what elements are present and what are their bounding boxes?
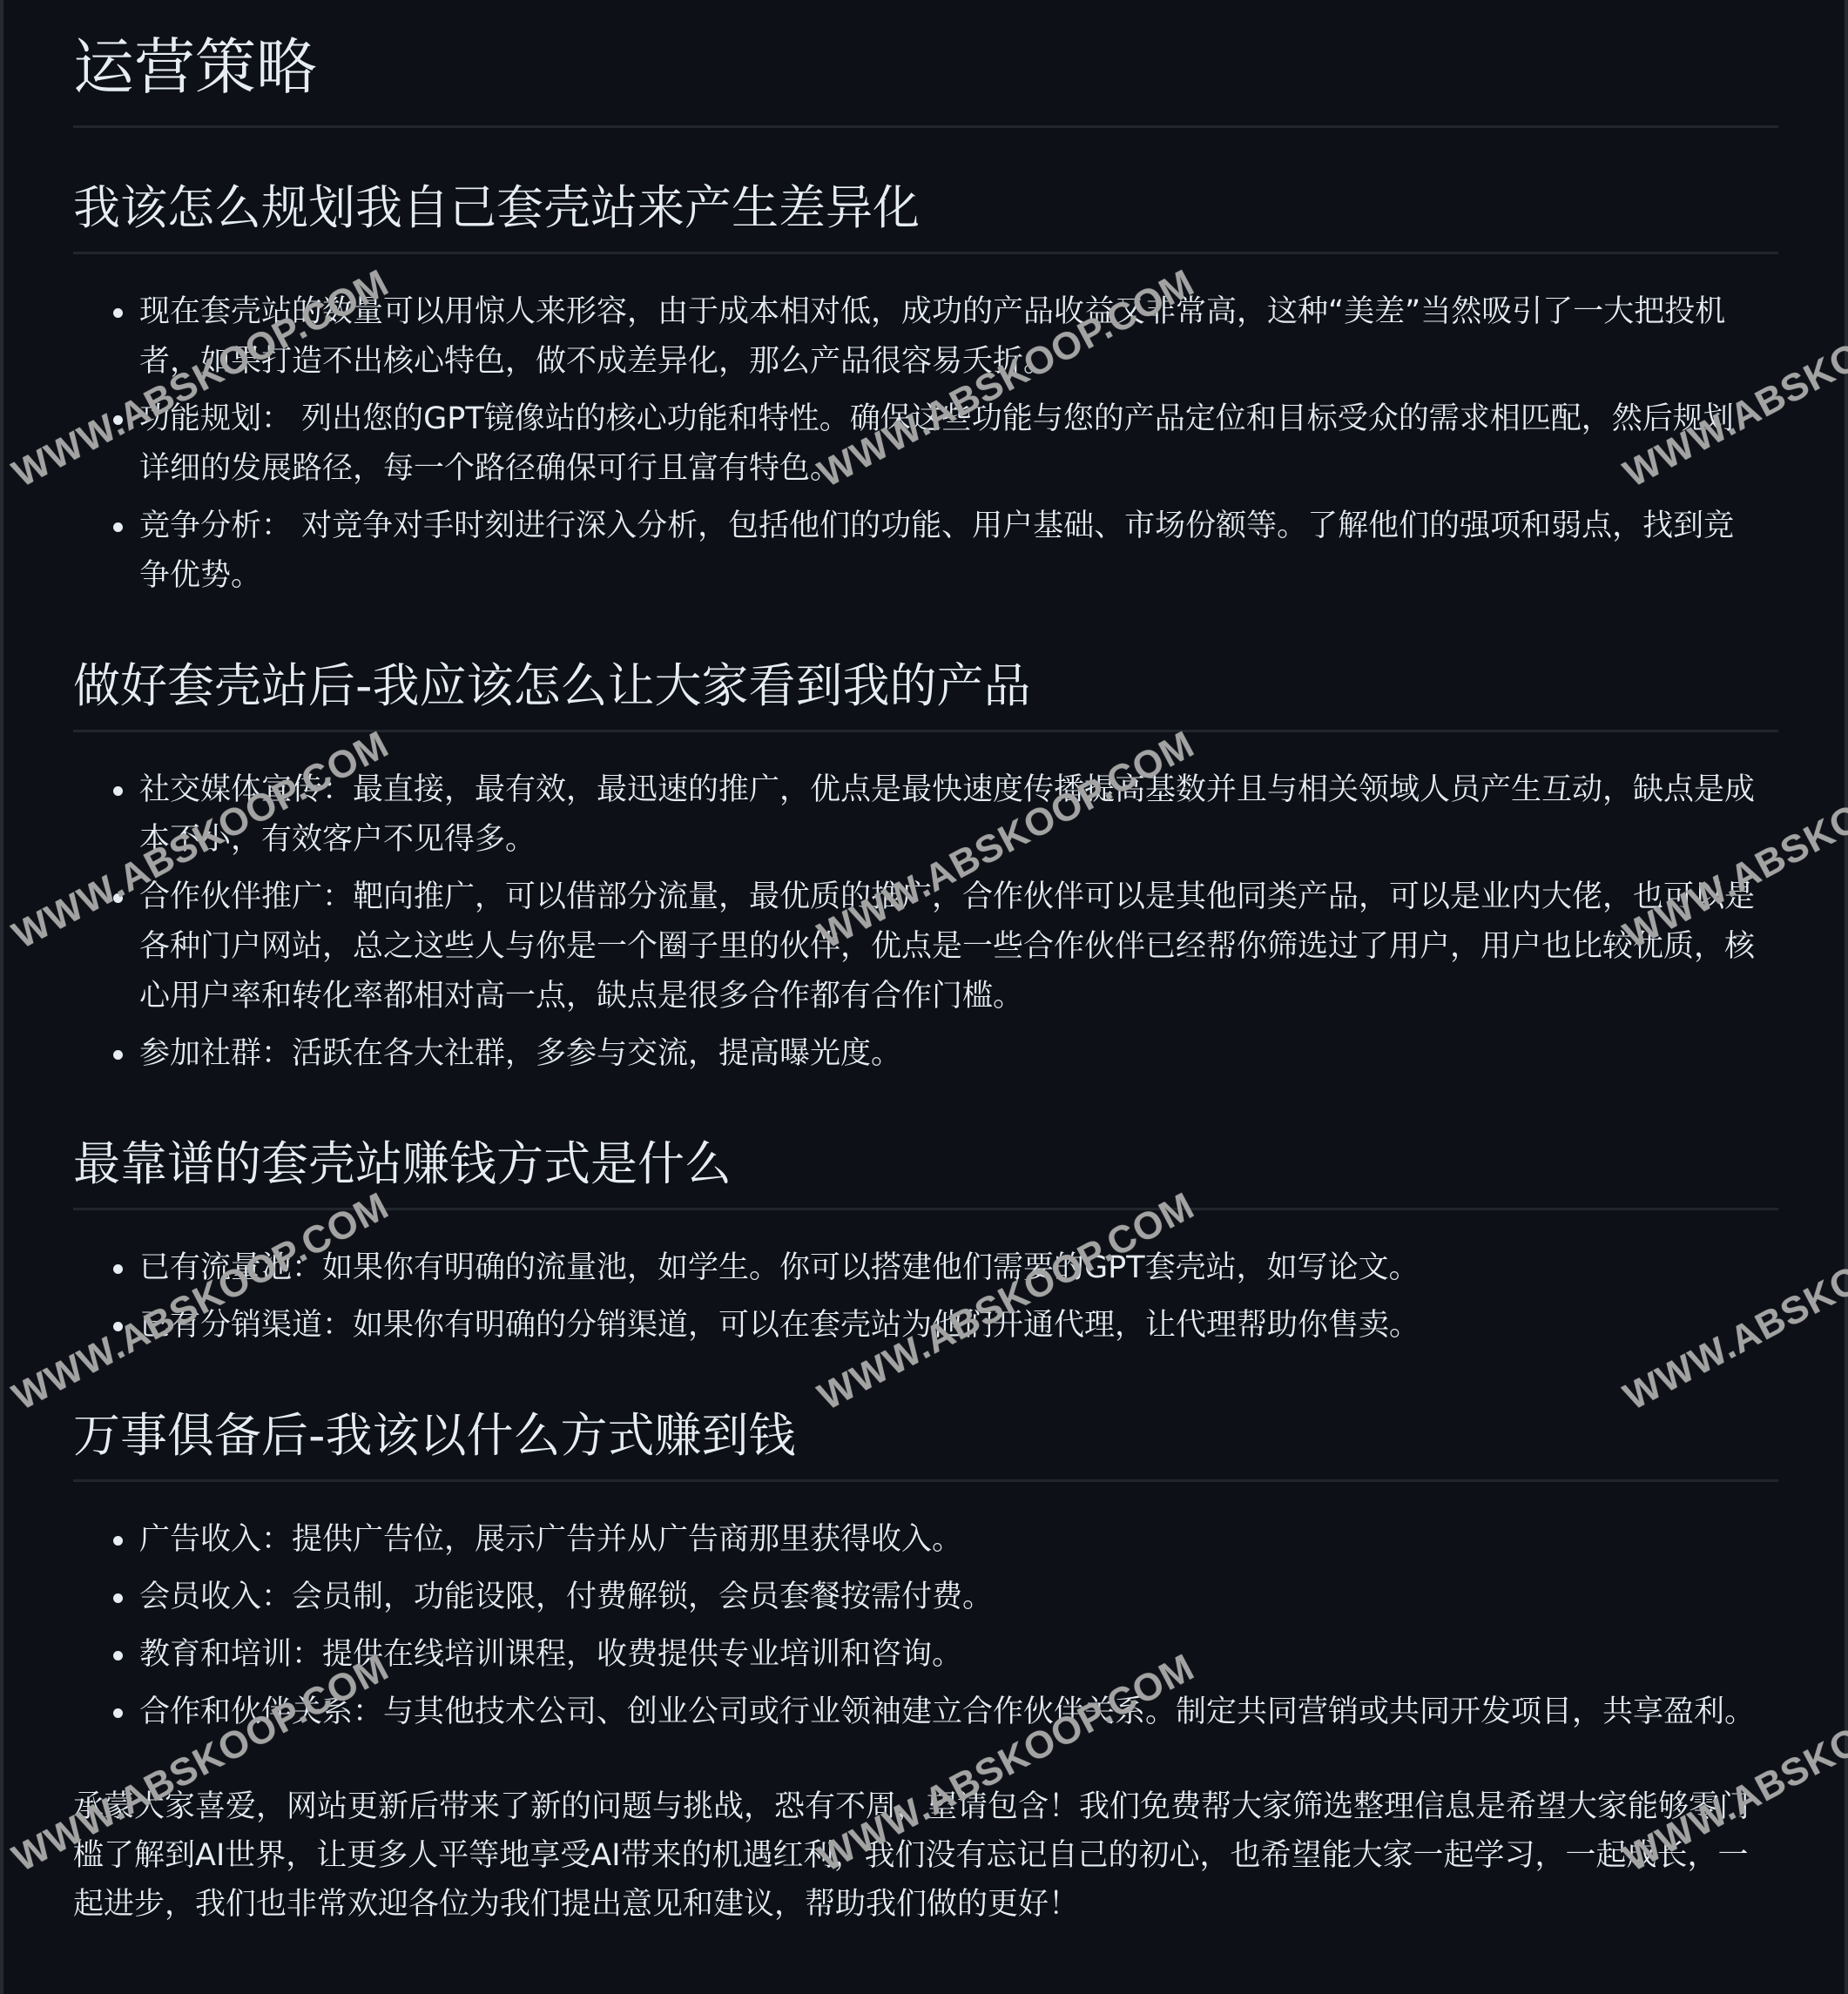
bullet-icon xyxy=(113,1708,123,1718)
list-item: 已有分销渠道：如果你有明确的分销渠道，可以在套壳站为他们开通代理，让代理帮助你售… xyxy=(139,1301,1778,1351)
page-left-border xyxy=(0,0,3,1994)
bullet-icon xyxy=(113,1050,123,1060)
bullet-icon xyxy=(113,1264,123,1274)
list-item: 广告收入：提供广告位，展示广告并从广告商那里获得收入。 xyxy=(139,1515,1778,1565)
list-item-text: 参加社群：活跃在各大社群，多参与交流，提高曝光度。 xyxy=(139,1036,901,1071)
section-differentiation: 我该怎么规划我自己套壳站来产生差异化 现在套壳站的数量可以用惊人来形容，由于成本… xyxy=(73,177,1778,601)
section-monetization-reliable: 最靠谱的套壳站赚钱方式是什么 已有流量池：如果你有明确的流量池，如学生。你可以搭… xyxy=(73,1133,1778,1351)
list-item: 参加社群：活跃在各大社群，多参与交流，提高曝光度。 xyxy=(139,1029,1778,1079)
closing-note: 承蒙大家喜爱，网站更新后带来了新的问题与挑战，恐有不周，望请包含！我们免费帮大家… xyxy=(73,1782,1778,1929)
article-content: 运营策略 我该怎么规划我自己套壳站来产生差异化 现在套壳站的数量可以用惊人来形容… xyxy=(73,0,1778,1929)
section-list: 现在套壳站的数量可以用惊人来形容，由于成本相对低，成功的产品收益又非常高，这种“… xyxy=(73,287,1778,601)
list-item-text: 合作伙伴推广：靶向推广，可以借部分流量，最优质的推广，合作伙伴可以是其他同类产品… xyxy=(139,879,1755,1014)
bullet-icon xyxy=(113,415,123,425)
section-heading: 万事俱备后-我该以什么方式赚到钱 xyxy=(73,1405,1778,1482)
section-list: 已有流量池：如果你有明确的流量池，如学生。你可以搭建他们需要的GPT套壳站，如写… xyxy=(73,1243,1778,1351)
bullet-icon xyxy=(113,1651,123,1661)
bullet-icon xyxy=(113,893,123,903)
list-item: 竞争分析： 对竞争对手时刻进行深入分析，包括他们的功能、用户基础、市场份额等。了… xyxy=(139,502,1778,601)
section-heading: 做好套壳站后-我应该怎么让大家看到我的产品 xyxy=(73,655,1778,732)
bullet-icon xyxy=(113,308,123,318)
list-item-text: 已有流量池：如果你有明确的流量池，如学生。你可以搭建他们需要的GPT套壳站，如写… xyxy=(139,1250,1420,1285)
bullet-icon xyxy=(113,522,123,532)
list-item-text: 会员收入：会员制，功能设限，付费解锁，会员套餐按需付费。 xyxy=(139,1580,993,1614)
list-item: 合作伙伴推广：靶向推广，可以借部分流量，最优质的推广，合作伙伴可以是其他同类产品… xyxy=(139,872,1778,1021)
list-item: 合作和伙伴关系：与其他技术公司、创业公司或行业领袖建立合作伙伴关系。制定共同营销… xyxy=(139,1687,1778,1737)
list-item: 社交媒体宣传：最直接，最有效，最迅速的推广，优点是最快速度传播提高基数并且与相关… xyxy=(139,765,1778,865)
page-title: 运营策略 xyxy=(73,0,1778,128)
list-item-text: 广告收入：提供广告位，展示广告并从广告商那里获得收入。 xyxy=(139,1522,962,1557)
bullet-icon xyxy=(113,1536,123,1546)
list-item-text: 功能规划： 列出您的GPT镜像站的核心功能和特性。确保这些功能与您的产品定位和目… xyxy=(139,401,1734,486)
list-item-text: 已有分销渠道：如果你有明确的分销渠道，可以在套壳站为他们开通代理，让代理帮助你售… xyxy=(139,1308,1420,1343)
list-item: 现在套壳站的数量可以用惊人来形容，由于成本相对低，成功的产品收益又非常高，这种“… xyxy=(139,287,1778,387)
list-item-text: 合作和伙伴关系：与其他技术公司、创业公司或行业领袖建立合作伙伴关系。制定共同营销… xyxy=(139,1694,1755,1729)
section-heading: 最靠谱的套壳站赚钱方式是什么 xyxy=(73,1133,1778,1210)
section-revenue-methods: 万事俱备后-我该以什么方式赚到钱 广告收入：提供广告位，展示广告并从广告商那里获… xyxy=(73,1405,1778,1737)
list-item: 功能规划： 列出您的GPT镜像站的核心功能和特性。确保这些功能与您的产品定位和目… xyxy=(139,394,1778,494)
section-promotion: 做好套壳站后-我应该怎么让大家看到我的产品 社交媒体宣传：最直接，最有效，最迅速… xyxy=(73,655,1778,1079)
list-item-text: 教育和培训：提供在线培训课程，收费提供专业培训和咨询。 xyxy=(139,1637,962,1672)
list-item: 会员收入：会员制，功能设限，付费解锁，会员套餐按需付费。 xyxy=(139,1573,1778,1622)
section-list: 社交媒体宣传：最直接，最有效，最迅速的推广，优点是最快速度传播提高基数并且与相关… xyxy=(73,765,1778,1079)
bullet-icon xyxy=(113,1593,123,1603)
bullet-icon xyxy=(113,786,123,796)
list-item-text: 社交媒体宣传：最直接，最有效，最迅速的推广，优点是最快速度传播提高基数并且与相关… xyxy=(139,772,1755,857)
list-item-text: 竞争分析： 对竞争对手时刻进行深入分析，包括他们的功能、用户基础、市场份额等。了… xyxy=(139,509,1734,593)
page-right-border xyxy=(1845,0,1848,1994)
list-item-text: 现在套壳站的数量可以用惊人来形容，由于成本相对低，成功的产品收益又非常高，这种“… xyxy=(139,294,1725,379)
list-item: 教育和培训：提供在线培训课程，收费提供专业培训和咨询。 xyxy=(139,1630,1778,1680)
section-heading: 我该怎么规划我自己套壳站来产生差异化 xyxy=(73,177,1778,254)
bullet-icon xyxy=(113,1322,123,1331)
list-item: 已有流量池：如果你有明确的流量池，如学生。你可以搭建他们需要的GPT套壳站，如写… xyxy=(139,1243,1778,1293)
section-list: 广告收入：提供广告位，展示广告并从广告商那里获得收入。 会员收入：会员制，功能设… xyxy=(73,1515,1778,1737)
